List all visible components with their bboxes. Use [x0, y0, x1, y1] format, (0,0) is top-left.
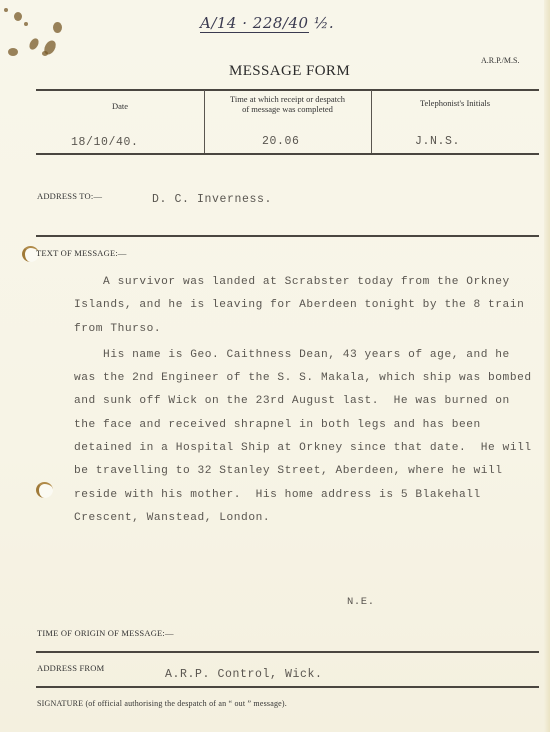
message-line: and sunk off Wick on the 23rd August las… — [74, 390, 544, 413]
initials-header: Telephonist's Initials — [371, 98, 539, 108]
table-bottom-rule — [36, 153, 539, 155]
message-body: A survivor was landed at Scrabster today… — [74, 271, 544, 530]
initials-value: J.N.S. — [415, 135, 460, 148]
time-of-origin-rule — [36, 651, 539, 653]
time-value: 20.06 — [262, 135, 300, 148]
message-line: Islands, and he is leaving for Aberdeen … — [74, 294, 544, 317]
address-to-value: D. C. Inverness. — [152, 193, 272, 206]
message-form-page: A/14 · 228/40 ½. A.R.P./M.S. MESSAGE FOR… — [0, 0, 550, 732]
table-top-rule — [36, 89, 539, 91]
signature-label: SIGNATURE (of official authorising the d… — [37, 699, 287, 708]
address-to-label: ADDRESS TO:— — [37, 191, 102, 201]
time-of-origin-label: TIME OF ORIGIN OF MESSAGE:— — [37, 628, 174, 638]
message-line: be travelling to 32 Stanley Street, Aber… — [74, 460, 544, 483]
message-label: TEXT OF MESSAGE:— — [36, 248, 127, 258]
message-line: His name is Geo. Caithness Dean, 43 year… — [74, 344, 544, 367]
punch-hole — [36, 482, 53, 498]
form-title: MESSAGE FORM — [229, 63, 350, 80]
message-line: from Thurso. — [74, 318, 544, 341]
address-to-rule — [36, 235, 539, 237]
time-header: Time at which receipt or despatch of mes… — [204, 94, 371, 114]
form-code: A.R.P./M.S. — [481, 56, 519, 65]
message-line: reside with his mother. His home address… — [74, 484, 544, 507]
date-header: Date — [36, 101, 204, 111]
message-line: A survivor was landed at Scrabster today… — [74, 271, 544, 294]
reference-note: A/14 · 228/40 ½. — [200, 14, 334, 32]
address-from-value: A.R.P. Control, Wick. — [165, 668, 323, 681]
message-line: Crescent, Wanstead, London. — [74, 507, 544, 530]
sign-off-initials: N.E. — [347, 596, 375, 608]
address-from-rule — [36, 686, 539, 688]
message-line: detained in a Hospital Ship at Orkney si… — [74, 437, 544, 460]
address-from-label: ADDRESS FROM — [37, 663, 104, 673]
message-line: the face and received shrapnel in both l… — [74, 414, 544, 437]
paper-edge — [544, 0, 550, 732]
date-value: 18/10/40. — [71, 136, 139, 149]
message-line: was the 2nd Engineer of the S. S. Makala… — [74, 367, 544, 390]
